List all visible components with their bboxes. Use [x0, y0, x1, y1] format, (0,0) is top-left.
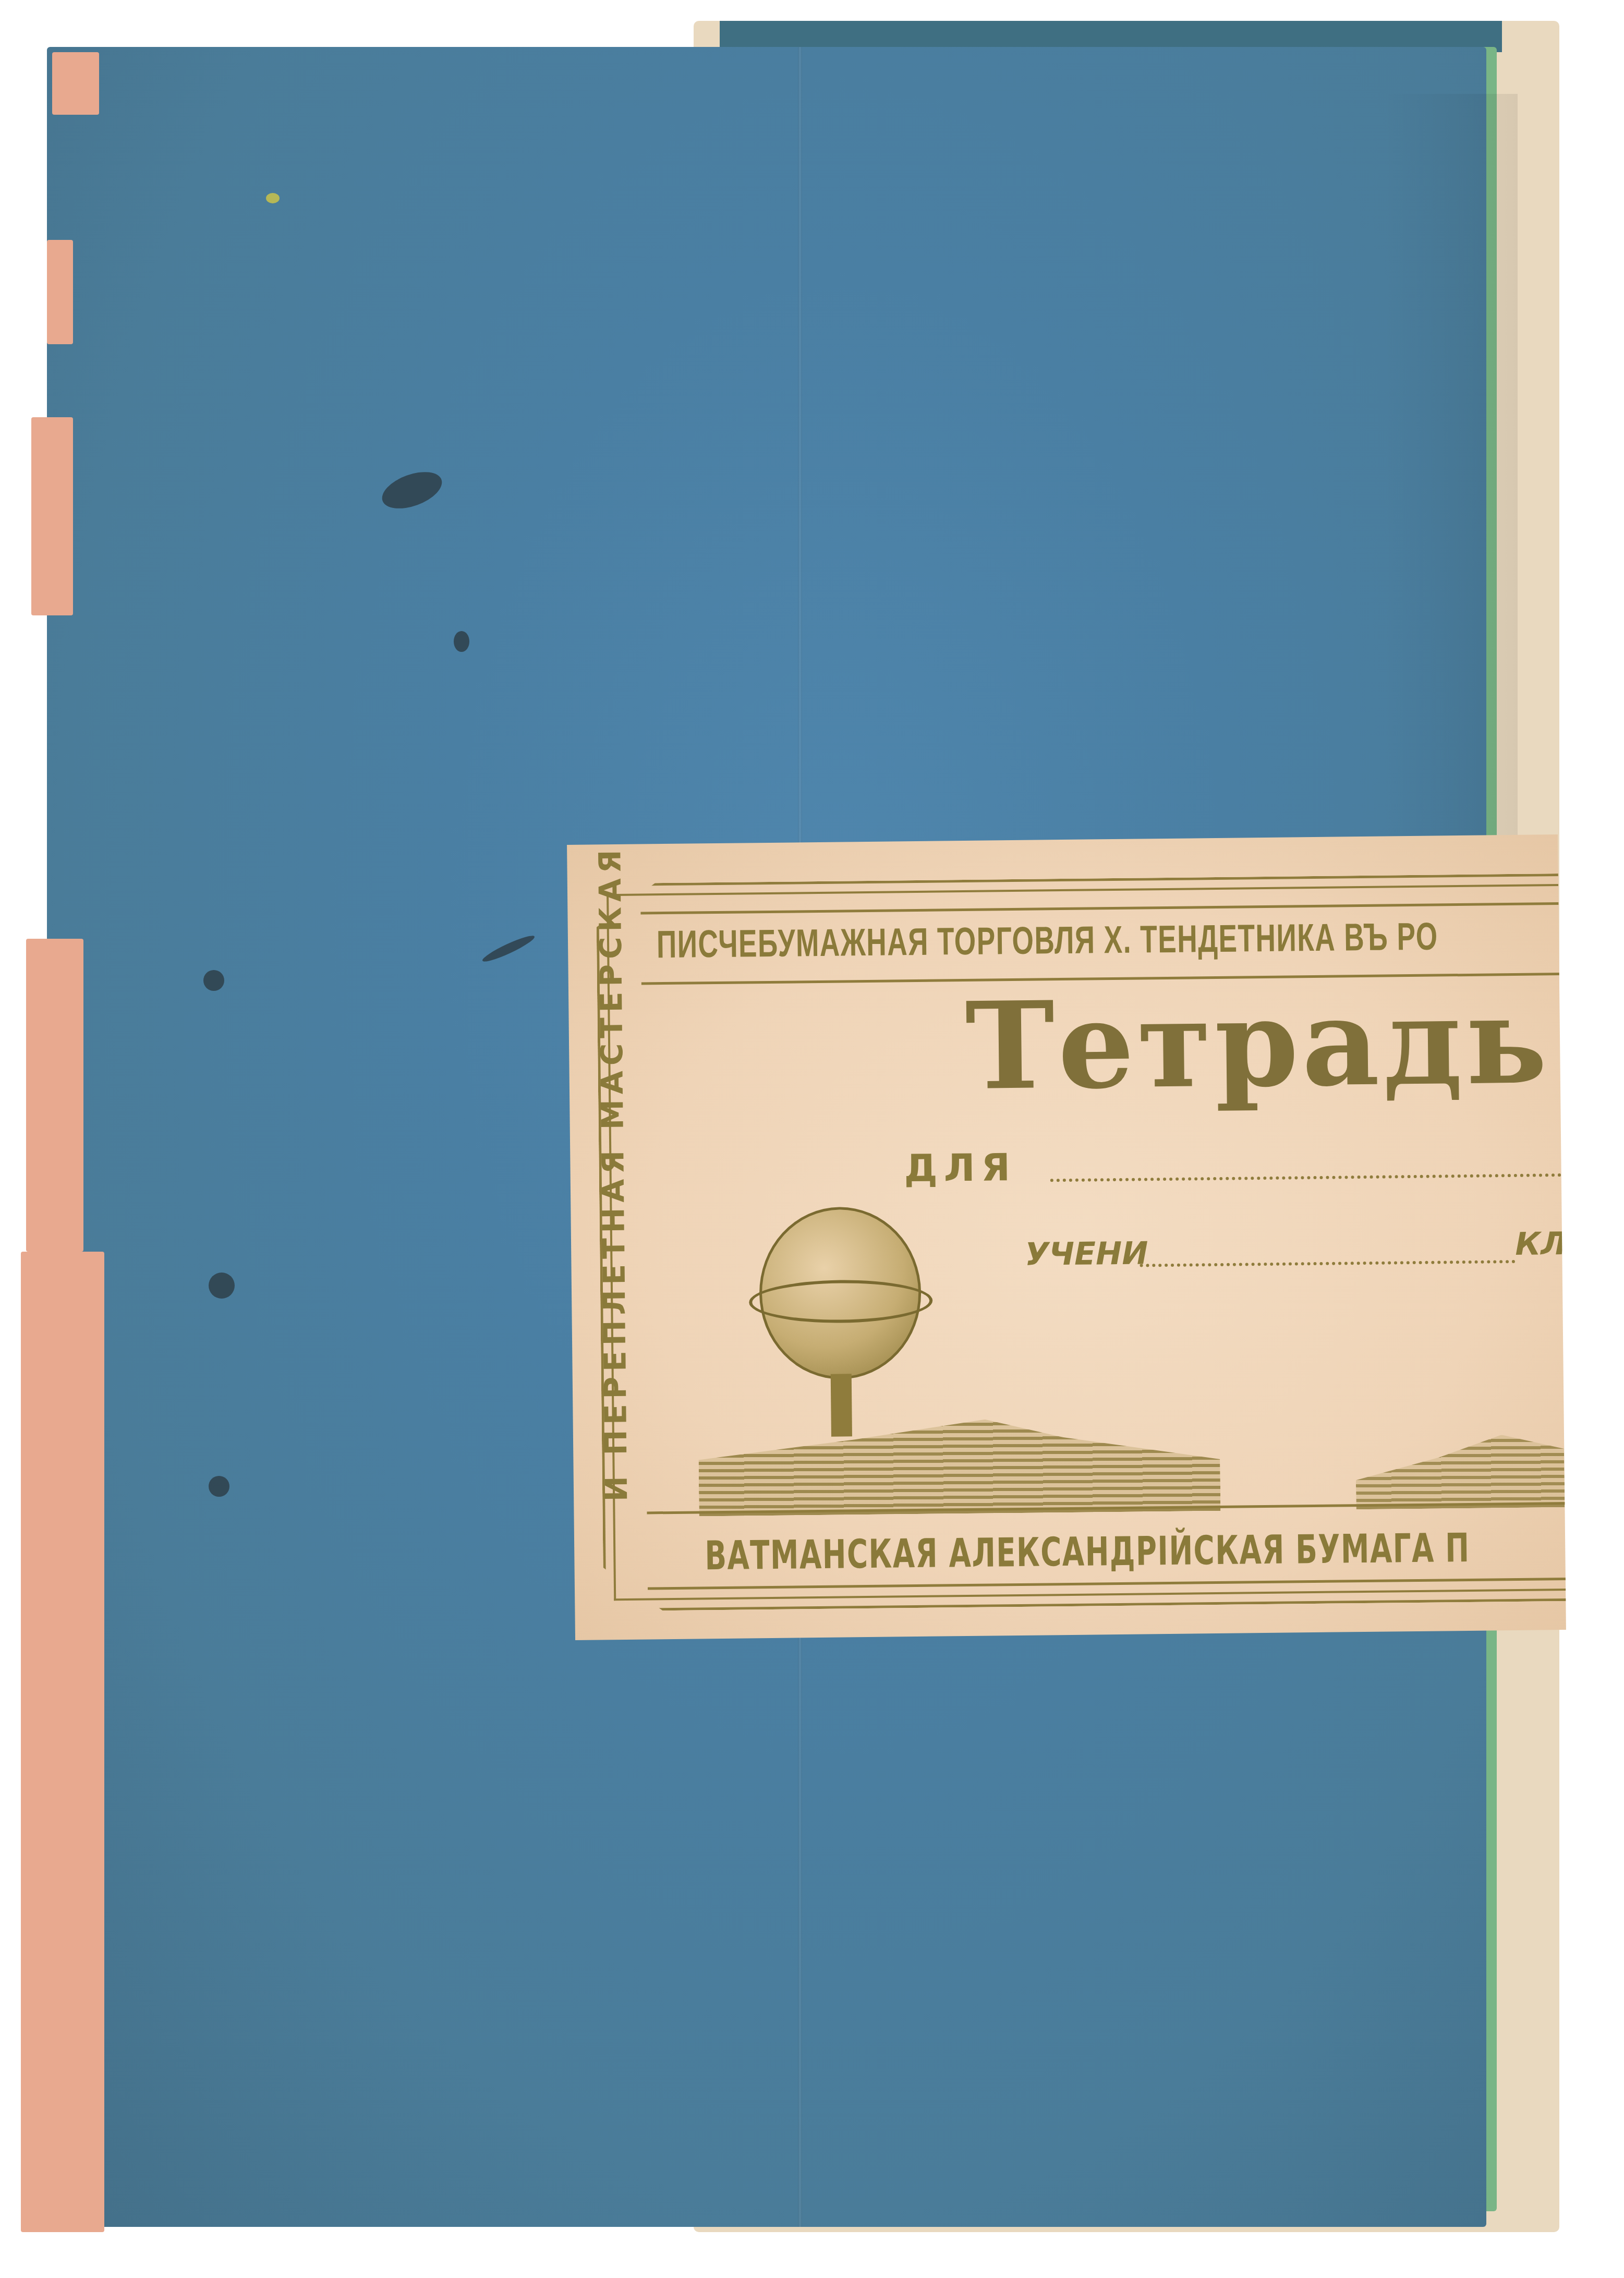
label-field-student: УЧЕНИ [1025, 1235, 1148, 1273]
label-field-for: ДЛЯ [904, 1145, 1016, 1190]
ink-stain [454, 631, 469, 652]
label-title: Тетрадь [965, 970, 1551, 1117]
ink-stain [203, 970, 224, 991]
spine [21, 52, 120, 2222]
label-field-class: КЛ [1515, 1226, 1566, 1263]
spine-strip [47, 240, 73, 344]
notebook-label: ПИСЧЕБУМАЖНАЯ ТОРГОВЛЯ Х. ТЕНДЕТНИКА ВЪ … [567, 834, 1566, 1640]
label-side-banner: И ПЕРЕПЛЕТНАЯ МАСТЕРСКАЯ [592, 844, 634, 1501]
cover-fold [1382, 94, 1518, 876]
spine-strip [26, 939, 83, 1252]
globe-stand [831, 1374, 852, 1436]
ink-stain [209, 1273, 235, 1299]
ink-stain [377, 465, 446, 515]
label-bottom-banner: ВАТМАНСКАЯ АЛЕКСАНДРІЙСКАЯ БУМАГА П [705, 1524, 1470, 1579]
spine-strip [31, 417, 73, 615]
ink-stain [480, 932, 536, 965]
spine-strip [52, 52, 99, 115]
ink-stain [209, 1476, 229, 1497]
ink-stain [266, 193, 280, 203]
label-top-banner: ПИСЧЕБУМАЖНАЯ ТОРГОВЛЯ Х. ТЕНДЕТНИКА ВЪ … [657, 914, 1439, 967]
spine-strip [21, 1252, 104, 2232]
